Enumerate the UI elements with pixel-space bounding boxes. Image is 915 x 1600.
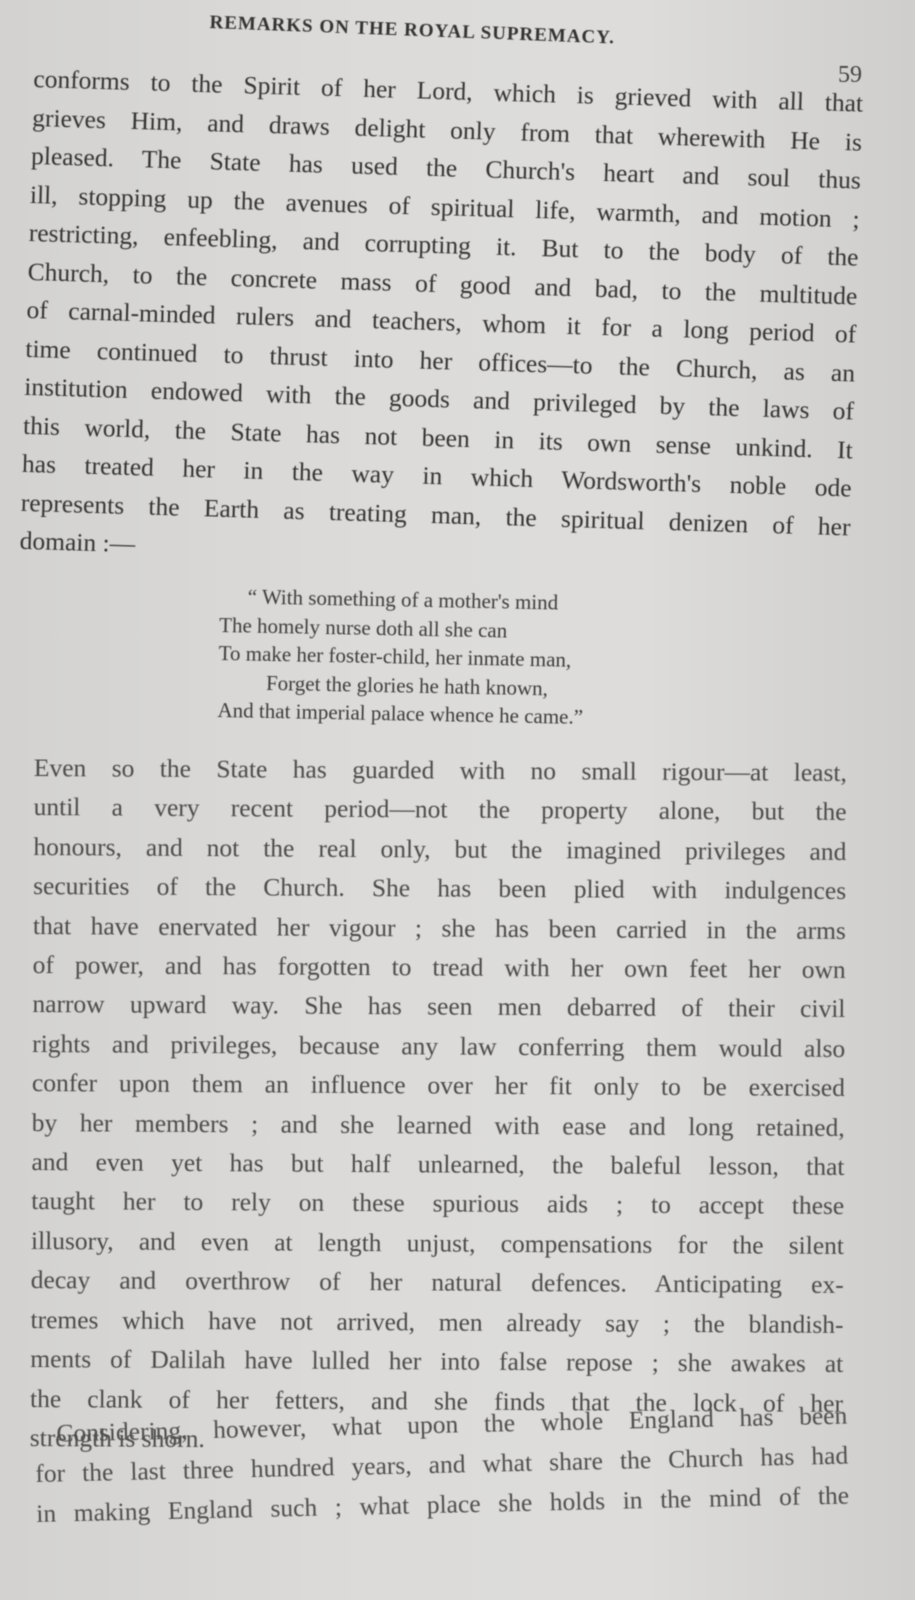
text-line: decay and overthrow of her natural defen… [31,1260,844,1304]
text-line: confer upon them an influence over her f… [32,1063,845,1107]
text-line: and even yet has but half unlearned, the… [31,1142,844,1186]
body-text-middle: Even so the State has guarded with no sm… [30,748,847,1462]
text-line: that have enervated her vigour ; she has… [33,906,846,950]
text-line: illusory, and even at length unjust, com… [31,1221,844,1265]
body-text-top: conforms to the Spirit of her Lord, whic… [19,60,863,585]
text-line: by her members ; and she learned with ea… [32,1103,845,1147]
text-line: rights and privileges, because any law c… [32,1024,845,1068]
text-line: of power, and has forgotten to tread wit… [33,945,846,989]
text-line: until a very recent period—not the prope… [34,787,847,831]
text-line: narrow upward way. She has seen men deba… [32,984,845,1028]
text-line: securities of the Church. She has been p… [33,866,846,910]
running-head: REMARKS ON THE ROYAL SUPREMACY. [209,12,729,54]
body-text-final: Considering, however, what upon the whol… [34,1396,850,1534]
text-line: honours, and not the real only, but the … [33,827,846,871]
poem-quotation: “ With something of a mother's mind The … [217,582,700,734]
text-line: Even so the State has guarded with no sm… [34,748,847,792]
text-line: tremes which have not arrived, men alrea… [30,1300,843,1344]
text-line: ments of Dalilah have lulled her into fa… [30,1339,843,1383]
book-page: REMARKS ON THE ROYAL SUPREMACY. 59 confo… [0,0,915,1600]
text-line: taught her to rely on these spurious aid… [31,1181,844,1225]
